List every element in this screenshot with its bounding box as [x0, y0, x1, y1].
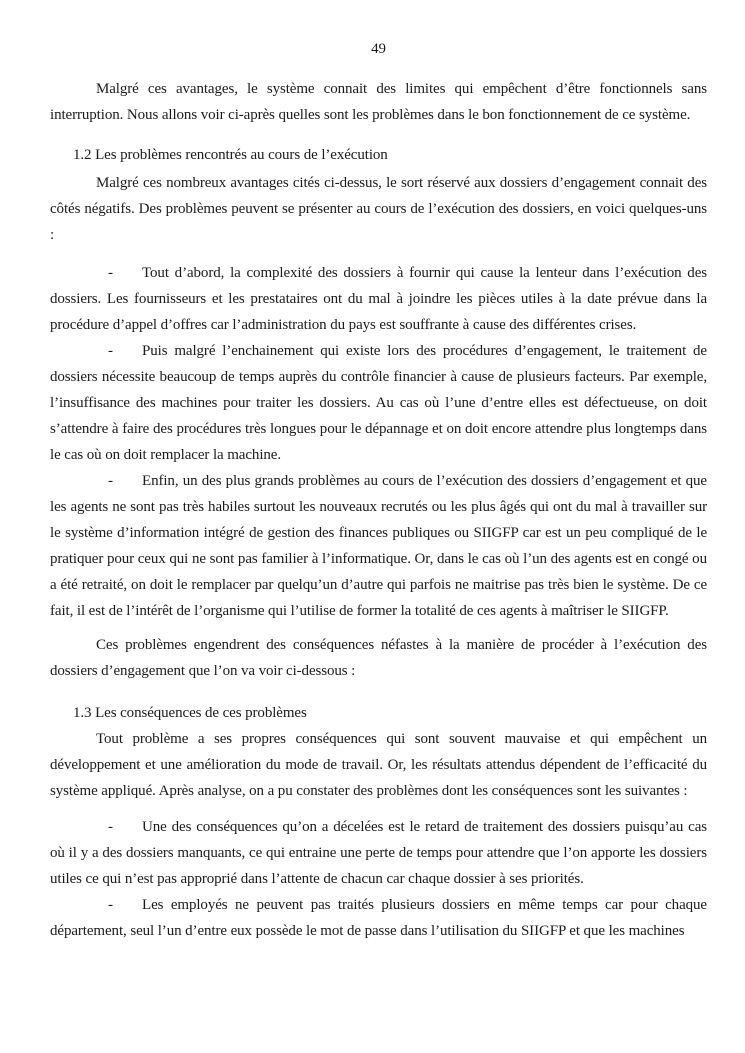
page-number: 49 [50, 36, 707, 62]
bullet-text: Une des conséquences qu’on a décelées es… [50, 819, 707, 887]
bullet-item: -Puis malgré l’enchainement qui existe l… [50, 338, 707, 468]
section-1-2-heading: 1.2 Les problèmes rencontrés au cours de… [73, 142, 707, 168]
transition-paragraph: Ces problèmes engendrent des conséquence… [50, 632, 707, 684]
bullet-dash: - [108, 892, 142, 918]
document-page: 49 Malgré ces avantages, le système conn… [0, 0, 745, 1053]
section-1-3-lead: Tout problème a ses propres conséquences… [50, 726, 707, 804]
bullet-text: Tout d’abord, la complexité des dossiers… [50, 265, 707, 333]
bullet-text: Enfin, un des plus grands problèmes au c… [50, 473, 707, 619]
bullet-item: -Une des conséquences qu’on a décelées e… [50, 814, 707, 892]
bullet-item: -Les employés ne peuvent pas traités plu… [50, 892, 707, 944]
bullet-dash: - [108, 260, 142, 286]
bullet-text: Les employés ne peuvent pas traités plus… [50, 897, 707, 939]
section-1-2-lead: Malgré ces nombreux avantages cités ci-d… [50, 170, 707, 248]
intro-paragraph: Malgré ces avantages, le système connait… [50, 76, 707, 128]
bullet-dash: - [108, 468, 142, 494]
section-1-3-heading: 1.3 Les conséquences de ces problèmes [73, 700, 707, 726]
bullet-text: Puis malgré l’enchainement qui existe lo… [50, 343, 707, 463]
bullet-item: -Enfin, un des plus grands problèmes au … [50, 468, 707, 624]
bullet-dash: - [108, 814, 142, 840]
bullet-item: -Tout d’abord, la complexité des dossier… [50, 260, 707, 338]
bullet-dash: - [108, 338, 142, 364]
